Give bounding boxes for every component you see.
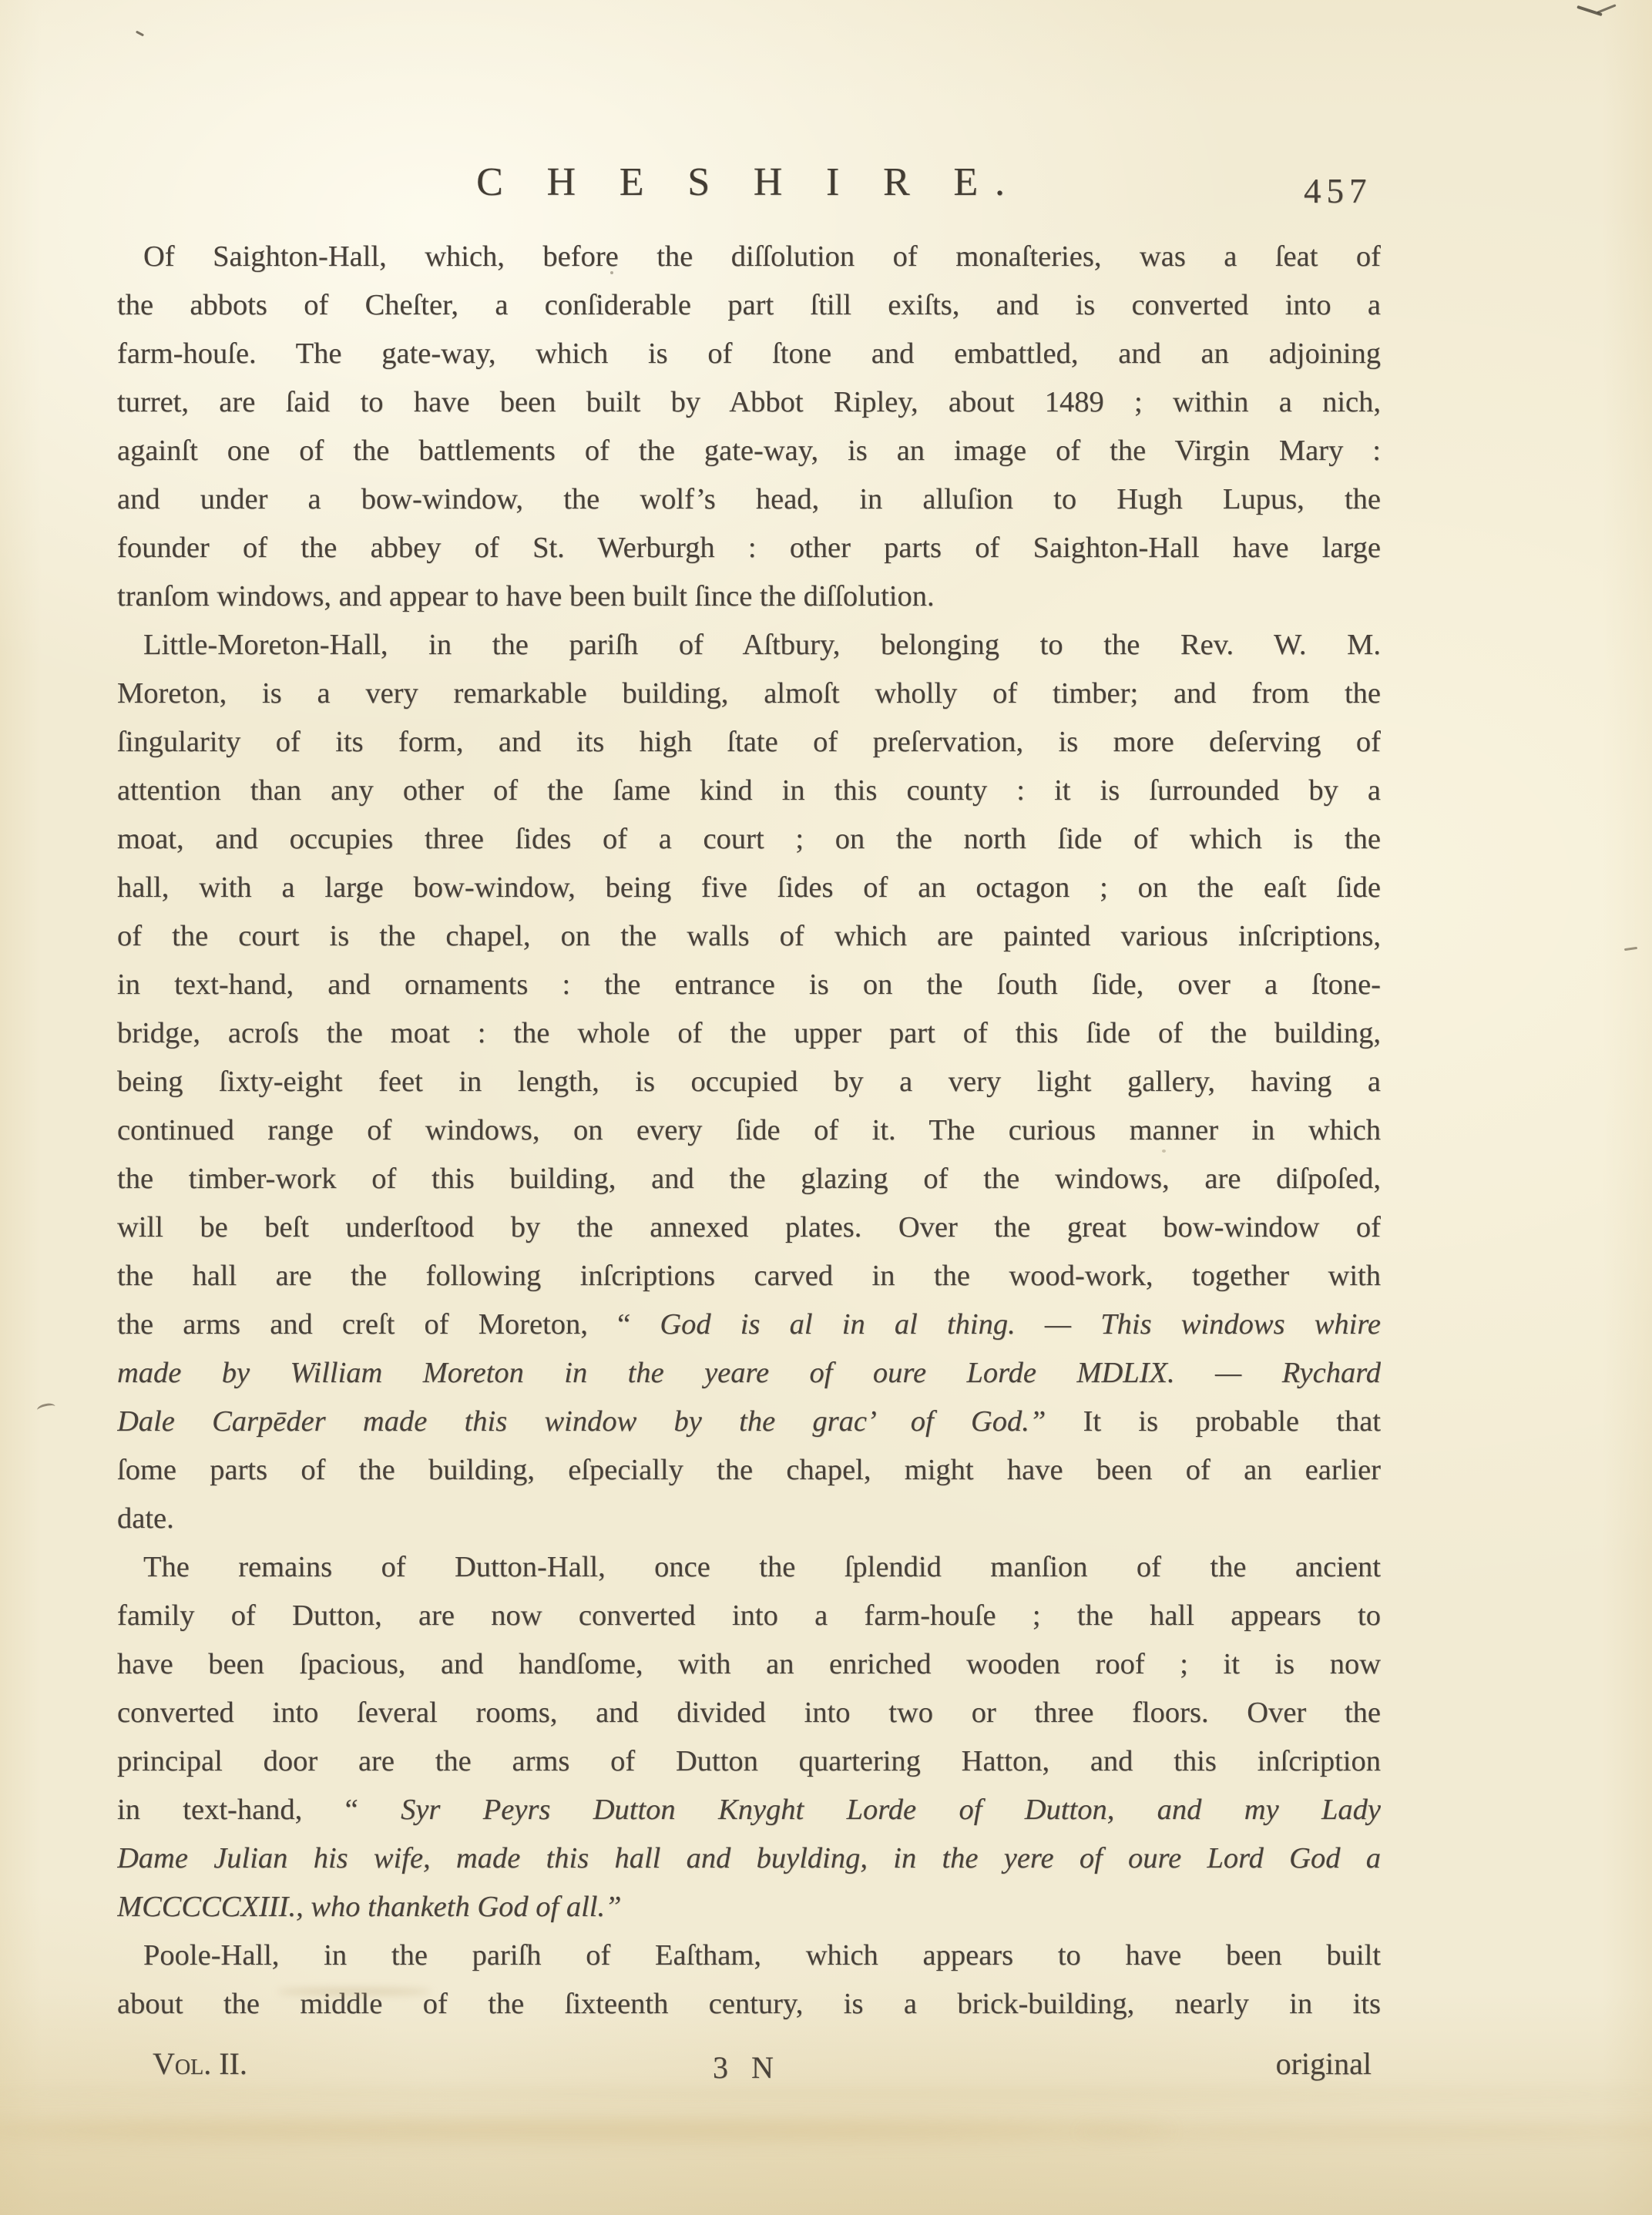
text-line-32: principal door are the arms of Dutton qu… bbox=[117, 1737, 1381, 1786]
page-number: 457 bbox=[1304, 171, 1372, 211]
roman-segment: principal door are the arms of Dutton qu… bbox=[117, 1745, 1381, 1777]
footer-signature-mark: 3 N bbox=[713, 2049, 781, 2086]
text-line-22: the hall are the following inſcriptions … bbox=[117, 1252, 1381, 1300]
footer-catchword: original bbox=[1276, 2046, 1372, 2082]
text-line-7: founder of the abbey of St. Werburgh : o… bbox=[117, 524, 1381, 572]
text-line-17: bridge, acroſs the moat : the whole of t… bbox=[117, 1009, 1381, 1058]
ink-speck bbox=[1597, 4, 1616, 14]
text-line-18: being ſixty-eight feet in length, is occ… bbox=[117, 1058, 1381, 1106]
roman-segment: attention than any other of the ſame kin… bbox=[117, 774, 1381, 807]
roman-segment: tranſom windows, and appear to have been… bbox=[117, 580, 935, 612]
text-line-28: The remains of Dutton-Hall, once the ſpl… bbox=[117, 1543, 1381, 1592]
text-line-16: in text-hand, and ornaments : the entran… bbox=[117, 961, 1381, 1009]
roman-segment: in text-hand, and ornaments : the entran… bbox=[117, 968, 1381, 1001]
text-line-19: continued range of windows, on every ſid… bbox=[117, 1106, 1381, 1155]
italic-segment: made by William Moreton in the yeare of … bbox=[117, 1357, 1381, 1389]
roman-segment: bridge, acroſs the moat : the whole of t… bbox=[117, 1017, 1381, 1049]
ink-speck bbox=[136, 31, 144, 37]
paper-stain bbox=[1079, 2125, 1652, 2139]
margin-squiggle-mark bbox=[36, 1402, 56, 1415]
text-line-33: in text-hand, “ Syr Peyrs Dutton Knyght … bbox=[117, 1786, 1381, 1834]
text-line-10: Moreton, is a very remarkable building, … bbox=[117, 670, 1381, 718]
italic-segment: Syr Peyrs Dutton Knyght Lorde of Dutton,… bbox=[401, 1794, 1381, 1826]
text-line-5: againſt one of the battlements of the ga… bbox=[117, 427, 1381, 475]
text-line-4: turret, are ſaid to have been built by A… bbox=[117, 378, 1381, 427]
roman-segment: hall, with a large bow-window, being fiv… bbox=[117, 871, 1381, 904]
text-line-31: converted into ſeveral rooms, and divide… bbox=[117, 1689, 1381, 1737]
roman-segment: moat, and occupies three ſides of a cour… bbox=[117, 823, 1381, 855]
running-title: C H E S H I R E. bbox=[117, 159, 1381, 205]
text-block: Of Saighton-Hall, which, before the diſſ… bbox=[117, 233, 1381, 2029]
roman-segment: of the court is the chapel, on the walls… bbox=[117, 920, 1381, 952]
text-line-15: of the court is the chapel, on the walls… bbox=[117, 912, 1381, 961]
roman-segment: family of Dutton, are now converted into… bbox=[117, 1599, 1381, 1632]
text-line-1: Of Saighton-Hall, which, before the diſſ… bbox=[117, 233, 1381, 281]
text-line-23: the arms and creſt of Moreton, “ God is … bbox=[117, 1300, 1381, 1349]
text-line-12: attention than any other of the ſame kin… bbox=[117, 767, 1381, 815]
roman-segment: founder of the abbey of St. Werburgh : o… bbox=[117, 532, 1381, 564]
roman-segment: the timber-work of this building, and th… bbox=[117, 1163, 1381, 1195]
text-line-34: Dame Julian his wife, made this hall and… bbox=[117, 1834, 1381, 1883]
text-line-9: Little-Moreton-Hall, in the pariſh of Aſ… bbox=[117, 621, 1381, 670]
text-line-27: date. bbox=[117, 1495, 1381, 1543]
roman-segment: The remains of Dutton-Hall, once the ſpl… bbox=[143, 1551, 1381, 1583]
text-line-36: Poole-Hall, in the pariſh of Eaſtham, wh… bbox=[117, 1931, 1381, 1980]
roman-segment: being ſixty-eight feet in length, is occ… bbox=[117, 1066, 1381, 1098]
roman-segment: will be beſt underſtood by the annexed p… bbox=[117, 1211, 1381, 1243]
roman-segment: ſome parts of the building, eſpecially t… bbox=[117, 1454, 1381, 1486]
roman-segment: the hall are the following inſcriptions … bbox=[117, 1260, 1381, 1292]
roman-segment: It is probable that bbox=[1083, 1405, 1381, 1438]
text-line-24: made by William Moreton in the yeare of … bbox=[117, 1349, 1381, 1398]
roman-segment: farm-houſe. The gate-way, which is of ſt… bbox=[117, 337, 1381, 370]
roman-segment: the arms and creſt of Moreton, “ bbox=[117, 1308, 660, 1341]
roman-segment: ſingularity of its form, and its high ſt… bbox=[117, 726, 1381, 758]
text-line-37: about the middle of the ſixteenth centur… bbox=[117, 1980, 1381, 2029]
italic-segment: MCCCCCXIII., who thanketh God of all.” bbox=[117, 1891, 622, 1923]
roman-segment: converted into ſeveral rooms, and divide… bbox=[117, 1696, 1381, 1729]
roman-segment: Little-Moreton-Hall, in the pariſh of Aſ… bbox=[143, 629, 1381, 661]
roman-segment: and under a bow-window, the wolf’s head,… bbox=[117, 483, 1381, 515]
text-line-21: will be beſt underſtood by the annexed p… bbox=[117, 1203, 1381, 1252]
text-line-35: MCCCCCXIII., who thanketh God of all.” bbox=[117, 1883, 1381, 1931]
text-line-29: family of Dutton, are now converted into… bbox=[117, 1592, 1381, 1640]
italic-segment: Dale Carpēder made this window by the gr… bbox=[117, 1405, 1083, 1438]
roman-segment: continued range of windows, on every ſid… bbox=[117, 1114, 1381, 1146]
italic-segment: Dame Julian his wife, made this hall and… bbox=[117, 1842, 1381, 1874]
text-line-30: have been ſpacious, and handſome, with a… bbox=[117, 1640, 1381, 1689]
roman-segment: turret, are ſaid to have been built by A… bbox=[117, 386, 1381, 418]
ink-speck bbox=[1162, 1149, 1166, 1153]
paper-stain bbox=[277, 1988, 431, 1995]
text-line-20: the timber-work of this building, and th… bbox=[117, 1155, 1381, 1203]
text-line-11: ſingularity of its form, and its high ſt… bbox=[117, 718, 1381, 767]
text-line-25: Dale Carpēder made this window by the gr… bbox=[117, 1398, 1381, 1446]
text-line-8: tranſom windows, and appear to have been… bbox=[117, 572, 1381, 621]
paper-stain bbox=[0, 2120, 1171, 2140]
roman-segment: Moreton, is a very remarkable building, … bbox=[117, 677, 1381, 710]
roman-segment: in text-hand, “ bbox=[117, 1794, 401, 1826]
text-line-14: hall, with a large bow-window, being fiv… bbox=[117, 864, 1381, 912]
italic-segment: God is al in al thing. — This windows wh… bbox=[660, 1308, 1381, 1341]
text-line-6: and under a bow-window, the wolf’s head,… bbox=[117, 475, 1381, 524]
page-sheet: C H E S H I R E. 457 Of Saighton-Hall, w… bbox=[0, 0, 1652, 2215]
text-line-2: the abbots of Cheſter, a conſiderable pa… bbox=[117, 281, 1381, 330]
roman-segment: againſt one of the battlements of the ga… bbox=[117, 435, 1381, 467]
ink-speck bbox=[610, 271, 613, 274]
text-line-13: moat, and occupies three ſides of a cour… bbox=[117, 815, 1381, 864]
paper-stain bbox=[0, 2089, 1652, 2099]
roman-segment: the abbots of Cheſter, a conſiderable pa… bbox=[117, 289, 1381, 321]
roman-segment: Poole-Hall, in the pariſh of Eaſtham, wh… bbox=[143, 1939, 1381, 1972]
footer-volume-label: Vol. II. bbox=[153, 2046, 247, 2082]
roman-segment: date. bbox=[117, 1502, 174, 1535]
roman-segment: Of Saighton-Hall, which, before the diſſ… bbox=[143, 240, 1381, 273]
text-line-26: ſome parts of the building, eſpecially t… bbox=[117, 1446, 1381, 1495]
ink-speck bbox=[1624, 947, 1637, 951]
text-line-3: farm-houſe. The gate-way, which is of ſt… bbox=[117, 330, 1381, 378]
roman-segment: have been ſpacious, and handſome, with a… bbox=[117, 1648, 1381, 1680]
